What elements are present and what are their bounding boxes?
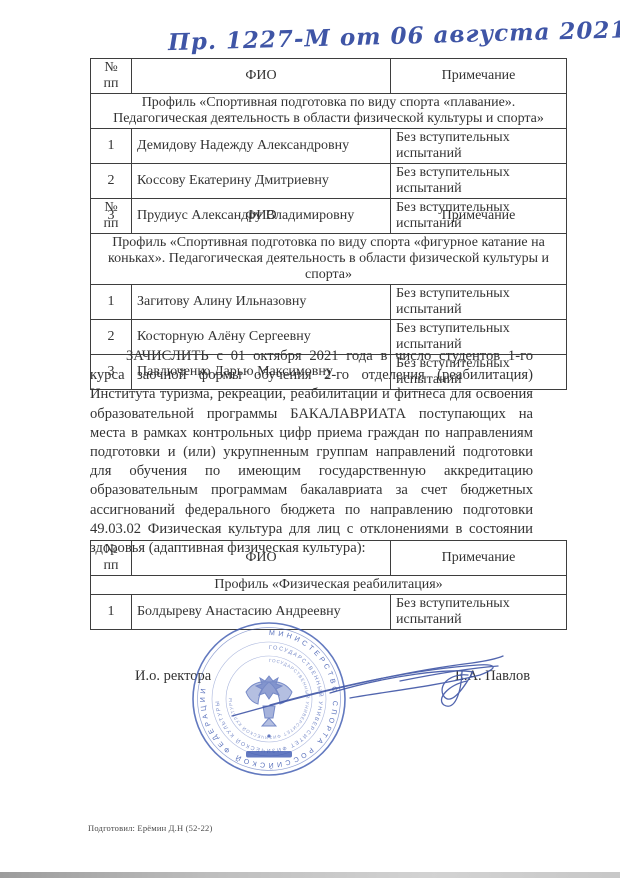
enrollment-order-paragraph: ЗАЧИСЛИТЬ с 01 октября 2021 года в число… <box>90 347 533 558</box>
table-header-row: № пп ФИО Примечание <box>91 59 567 94</box>
cell-num: 1 <box>91 285 132 320</box>
col-header-fio: ФИО <box>132 199 391 234</box>
col-header-note: Примечание <box>391 59 567 94</box>
page-bottom-edge <box>0 872 620 878</box>
table-header-row: № пп ФИО Примечание <box>91 541 567 576</box>
document-page: Пр. 1227-М от 06 августа 2021 № пп ФИО П… <box>0 0 620 878</box>
cell-num: 1 <box>91 129 132 164</box>
cell-note: Без вступительных испытаний <box>391 285 567 320</box>
signature-scrawl-icon <box>210 635 540 735</box>
profile-title: Профиль «Спортивная подготовка по виду с… <box>91 94 567 129</box>
col-header-fio: ФИО <box>132 541 391 576</box>
col-header-num: № пп <box>91 199 132 234</box>
col-header-num: № пп <box>91 541 132 576</box>
col-header-note: Примечание <box>391 199 567 234</box>
cell-fio: Демидову Надежду Александровну <box>132 129 391 164</box>
profile-row: Профиль «Спортивная подготовка по виду с… <box>91 94 567 129</box>
profile-title: Профиль «Физическая реабилитация» <box>91 576 567 595</box>
cell-note: Без вступительных испытаний <box>391 129 567 164</box>
cell-num: 1 <box>91 595 132 630</box>
col-header-fio: ФИО <box>132 59 391 94</box>
profile-row: Профиль «Физическая реабилитация» <box>91 576 567 595</box>
cell-note: Без вступительных испытаний <box>391 164 567 199</box>
table-row: 2 Коссову Екатерину Дмитриевну Без вступ… <box>91 164 567 199</box>
profile-row: Профиль «Спортивная подготовка по виду с… <box>91 234 567 285</box>
cell-fio: Загитову Алину Ильназовну <box>132 285 391 320</box>
col-header-num: № пп <box>91 59 132 94</box>
cell-note: Без вступительных испытаний <box>391 595 567 630</box>
cell-num: 2 <box>91 164 132 199</box>
cell-fio: Коссову Екатерину Дмитриевну <box>132 164 391 199</box>
handwritten-order-number: Пр. 1227-М от 06 августа 2021 <box>168 19 539 56</box>
profile-title: Профиль «Спортивная подготовка по виду с… <box>91 234 567 285</box>
table-row: 1 Демидову Надежду Александровну Без вст… <box>91 129 567 164</box>
col-header-note: Примечание <box>391 541 567 576</box>
table-row: 1 Загитову Алину Ильназовну Без вступите… <box>91 285 567 320</box>
table-header-row: № пп ФИО Примечание <box>91 199 567 234</box>
prepared-by-note: Подготовил: Ерёмин Д.Н (52-22) <box>88 823 213 833</box>
